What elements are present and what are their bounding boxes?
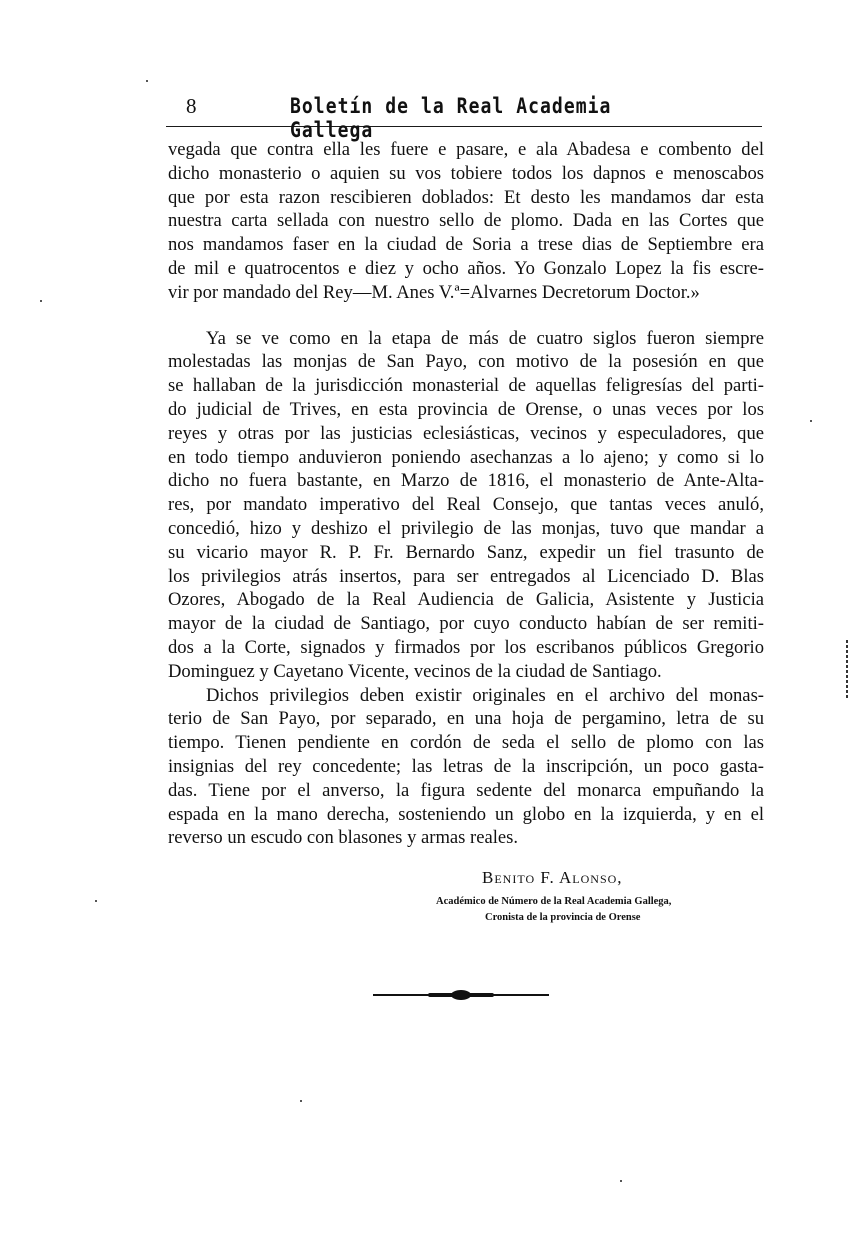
text-line: Dominguez y Cayetano Vicente, vecinos de… bbox=[168, 660, 764, 684]
paragraph-3: Dichos privilegios deben existir origina… bbox=[168, 684, 764, 851]
text-line: tiempo. Tienen pendiente en cordón de se… bbox=[168, 731, 764, 755]
scan-margin-artifact bbox=[846, 640, 848, 700]
text-line: espada en la mano derecha, sosteniendo u… bbox=[168, 803, 764, 827]
text-line: su vicario mayor R. P. Fr. Bernardo Sanz… bbox=[168, 541, 764, 565]
text-line: terio de San Payo, por separado, en una … bbox=[168, 707, 764, 731]
author-affiliation-2: Cronista de la provincia de Orense bbox=[485, 912, 640, 923]
paragraph-spacer bbox=[168, 305, 764, 327]
body-text: vegada que contra ella les fuere e pasar… bbox=[168, 138, 764, 850]
scan-speck bbox=[300, 1100, 302, 1102]
text-line: dicho monasterio o aquien su vos tobiere… bbox=[168, 162, 764, 186]
ornament-center-boss-icon bbox=[451, 990, 471, 1000]
text-line: vegada que contra ella les fuere e pasar… bbox=[168, 138, 764, 162]
text-line: concedió, hizo y deshizo el privilegio d… bbox=[168, 517, 764, 541]
page-number: 8 bbox=[186, 94, 197, 119]
text-line: nos mandamos faser en la ciudad de Soria… bbox=[168, 233, 764, 257]
text-line: mayor de la ciudad de Santiago, por cuyo… bbox=[168, 612, 764, 636]
section-end-ornament bbox=[373, 990, 549, 1000]
scan-speck bbox=[146, 80, 148, 82]
scan-speck bbox=[40, 300, 42, 302]
paragraph-1: vegada que contra ella les fuere e pasar… bbox=[168, 138, 764, 305]
text-line: Dichos privilegios deben existir origina… bbox=[168, 684, 764, 708]
text-line: se hallaban de la jurisdicción monasteri… bbox=[168, 374, 764, 398]
running-header: 8 Boletín de la Real Academia Gallega bbox=[166, 92, 762, 127]
text-line: de mil e quatrocentos e diez y ocho años… bbox=[168, 257, 764, 281]
text-line: insignias del rey concedente; las letras… bbox=[168, 755, 764, 779]
text-line: Ozores, Abogado de la Real Audiencia de … bbox=[168, 588, 764, 612]
text-line: dos a la Corte, signados y firmados por … bbox=[168, 636, 764, 660]
text-line: do judicial de Trives, en esta provincia… bbox=[168, 398, 764, 422]
author-affiliation-1: Académico de Número de la Real Academia … bbox=[436, 896, 671, 907]
text-line: vir por mandado del Rey—M. Anes V.ª=Alva… bbox=[168, 281, 764, 305]
author-signature: Benito F. Alonso, bbox=[482, 868, 623, 888]
text-line: nuestra carta sellada con nuestro sello … bbox=[168, 209, 764, 233]
scan-speck bbox=[620, 1180, 622, 1182]
text-line: das. Tiene por el anverso, la figura sed… bbox=[168, 779, 764, 803]
scan-speck bbox=[95, 900, 97, 902]
scan-speck bbox=[810, 420, 812, 422]
text-line: los privilegios atrás insertos, para ser… bbox=[168, 565, 764, 589]
text-line: res, por mandato imperativo del Real Con… bbox=[168, 493, 764, 517]
text-line: en todo tiempo anduvieron poniendo asech… bbox=[168, 446, 764, 470]
paragraph-2: Ya se ve como en la etapa de más de cuat… bbox=[168, 327, 764, 684]
text-line: molestadas las monjas de San Payo, con m… bbox=[168, 350, 764, 374]
text-line: reverso un escudo con blasones y armas r… bbox=[168, 826, 764, 850]
text-line: reyes y otras por las justicias eclesiás… bbox=[168, 422, 764, 446]
text-line: que por esta razon rescibieren doblados:… bbox=[168, 186, 764, 210]
text-line: Ya se ve como en la etapa de más de cuat… bbox=[168, 327, 764, 351]
document-page: 8 Boletín de la Real Academia Gallega ve… bbox=[0, 0, 850, 1245]
text-line: dicho no fuera bastante, en Marzo de 181… bbox=[168, 469, 764, 493]
journal-title: Boletín de la Real Academia Gallega bbox=[290, 94, 696, 142]
